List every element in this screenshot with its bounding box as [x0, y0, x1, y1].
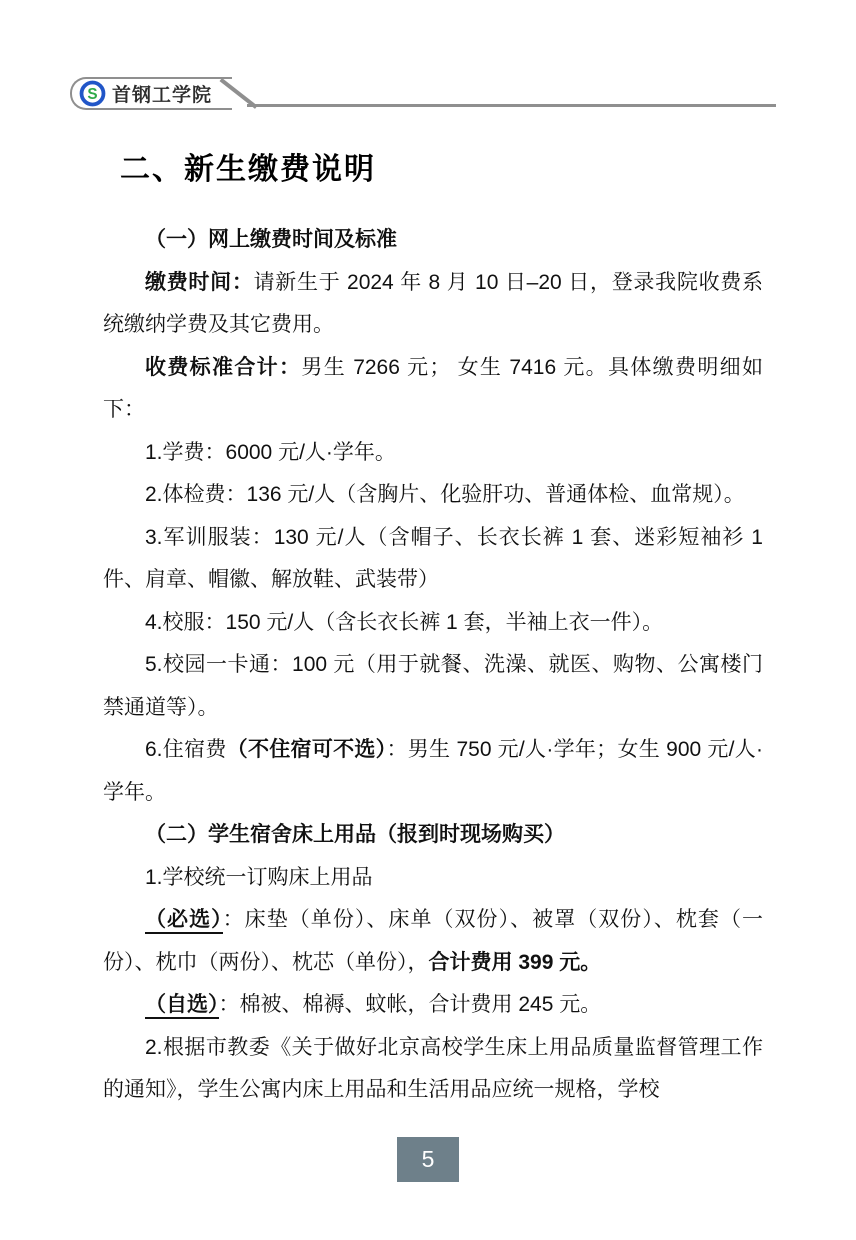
- total-label: 收费标准合计：: [145, 356, 301, 379]
- fee-item-dormitory: 6.住宿费（不住宿可不选）：男生 750 元/人·学年；女生 900 元/人·学…: [103, 729, 763, 814]
- paragraph-notice: 2.根据市教委《关于做好北京高校学生床上用品质量监督管理工作的通知》，学生公寓内…: [103, 1027, 763, 1112]
- optional-label: （自选）: [145, 993, 219, 1019]
- dormitory-optional-note: （不住宿可不选）: [227, 738, 387, 761]
- fee-item-medical: 2.体检费：136 元/人（含胸片、化验肝功、普通体检、血常规）。: [103, 474, 763, 517]
- header-logo-text: 首钢工学院: [112, 80, 212, 107]
- dormitory-prefix: 6.住宿费: [145, 738, 227, 761]
- fee-item-campus-card: 5.校园一卡通：100 元（用于就餐、洗澡、就医、购物、公寓楼门禁通道等）。: [103, 644, 763, 729]
- shougang-logo-icon: S: [79, 80, 106, 107]
- svg-text:S: S: [87, 86, 97, 103]
- paragraph-order-line: 1.学校统一订购床上用品: [103, 857, 763, 900]
- paragraph-total-standard: 收费标准合计：男生 7266 元； 女生 7416 元。具体缴费明细如下：: [103, 347, 763, 432]
- section2-heading: （二）学生宿舍床上用品（报到时现场购买）: [103, 814, 763, 857]
- header-logo-tab: S 首钢工学院: [70, 77, 232, 110]
- paragraph-optional-items: （自选）：棉被、棉褥、蚊帐，合计费用 245 元。: [103, 984, 763, 1027]
- section1-heading: （一）网上缴费时间及标准: [103, 219, 763, 262]
- page-title: 二、新生缴费说明: [120, 144, 376, 188]
- required-label: （必选）: [145, 908, 223, 934]
- document-body: （一）网上缴费时间及标准 缴费时间：请新生于 2024 年 8 月 10 日–2…: [103, 219, 763, 1112]
- optional-text: ：棉被、棉褥、蚊帐，合计费用 245 元。: [219, 993, 602, 1016]
- required-total: 合计费用 399 元。: [429, 951, 602, 974]
- pay-time-label: 缴费时间：: [145, 271, 254, 294]
- document-page: S 首钢工学院 二、新生缴费说明 （一）网上缴费时间及标准 缴费时间：请新生于 …: [0, 0, 856, 1240]
- header-banner-rule: [247, 104, 776, 107]
- fee-item-school-uniform: 4.校服：150 元/人（含长衣长裤 1 套，半袖上衣一件）。: [103, 602, 763, 645]
- page-number-badge: 5: [397, 1137, 459, 1182]
- fee-item-military-uniform: 3.军训服装：130 元/人（含帽子、长衣长裤 1 套、迷彩短袖衫 1 件、肩章…: [103, 517, 763, 602]
- fee-item-tuition: 1.学费：6000 元/人·学年。: [103, 432, 763, 475]
- paragraph-required-items: （必选）：床垫（单份）、床单（双份）、被罩（双份）、枕套（一份）、枕巾（两份）、…: [103, 899, 763, 984]
- paragraph-pay-time: 缴费时间：请新生于 2024 年 8 月 10 日–20 日，登录我院收费系统缴…: [103, 262, 763, 347]
